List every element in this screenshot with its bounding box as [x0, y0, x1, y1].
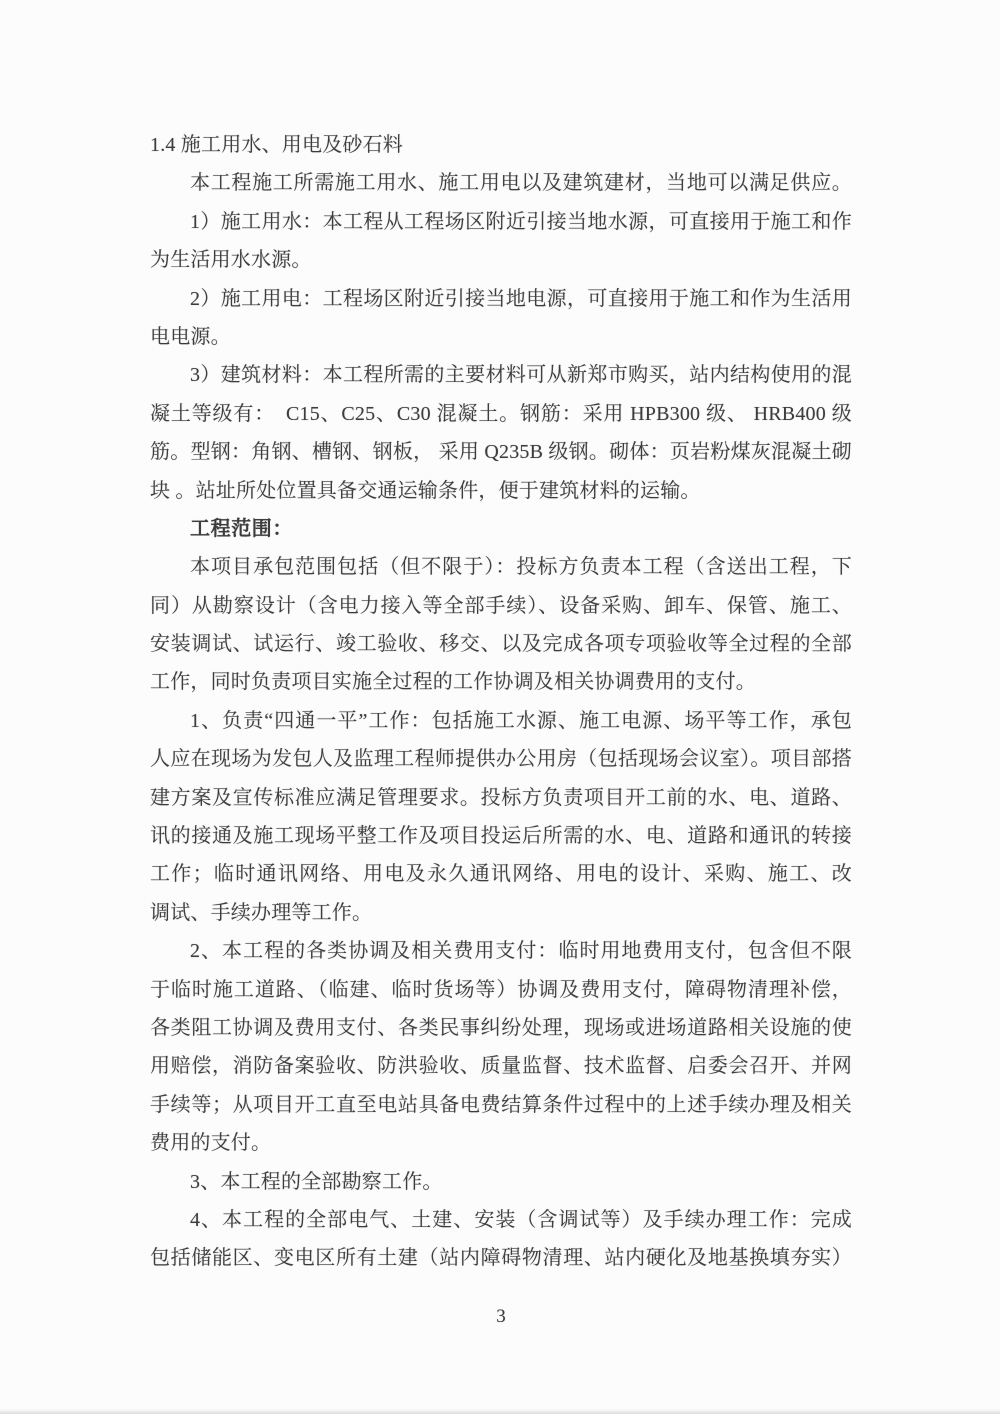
text-line: 电电源。: [150, 318, 852, 356]
text-line: 凝土等级有： C15、C25、C30 混凝土。钢筋：采用 HPB300 级、 H…: [150, 395, 852, 433]
text-line: 2）施工用电：工程场区附近引接当地电源，可直接用于施工和作为生活用: [150, 280, 852, 318]
section-heading: 1.4 施工用水、用电及砂石料: [150, 126, 852, 164]
text-line: 本工程施工所需施工用水、施工用电以及建筑建材，当地可以满足供应。: [150, 164, 852, 202]
text-line: 安装调试、试运行、竣工验收、移交、以及完成各项专项验收等全过程的全部: [150, 625, 852, 663]
text-line: 同）从勘察设计（含电力接入等全部手续）、设备采购、卸车、保管、施工、: [150, 587, 852, 625]
text-line: 3、本工程的全部勘察工作。: [150, 1163, 852, 1201]
text-line: 人应在现场为发包人及监理工程师提供办公用房（包括现场会议室）。项目部搭: [150, 740, 852, 778]
text-line: 4、本工程的全部电气、土建、安装（含调试等）及手续办理工作：完成: [150, 1201, 852, 1239]
text-line: 工作，同时负责项目实施全过程的工作协调及相关协调费用的支付。: [150, 663, 852, 701]
text-line: 本项目承包范围包括（但不限于）：投标方负责本工程（含送出工程，下: [150, 548, 852, 586]
text-line: 包括储能区、变电区所有土建（站内障碍物清理、站内硬化及地基换填夯实）: [150, 1239, 852, 1277]
text-line: 筋。型钢：角钢、槽钢、钢板， 采用 Q235B 级钢。砌体：页岩粉煤灰混凝土砌: [150, 433, 852, 471]
text-line: 调试、手续办理等工作。: [150, 894, 852, 932]
text-line: 用赔偿，消防备案验收、防洪验收、质量监督、技术监督、启委会召开、并网: [150, 1047, 852, 1085]
scope-heading: 工程范围：: [150, 510, 852, 548]
text-line: 讯的接通及施工现场平整工作及项目投运后所需的水、电、道路和通讯的转接入: [150, 817, 852, 855]
text-line: 工作；临时通讯网络、用电及永久通讯网络、用电的设计、采购、施工、改造、: [150, 855, 852, 893]
document-page: 1.4 施工用水、用电及砂石料 本工程施工所需施工用水、施工用电以及建筑建材，当…: [0, 0, 1000, 1414]
text-line: 各类阻工协调及费用支付、各类民事纠纷处理，现场或进场道路相关设施的使: [150, 1009, 852, 1047]
text-line: 为生活用水水源。: [150, 241, 852, 279]
text-line: 费用的支付。: [150, 1124, 852, 1162]
text-line: 1）施工用水：本工程从工程场区附近引接当地水源，可直接用于施工和作: [150, 203, 852, 241]
text-line: 块 。站址所处位置具备交通运输条件，便于建筑材料的运输。: [150, 472, 852, 510]
page-number: 3: [150, 1298, 852, 1336]
text-line: 建方案及宣传标准应满足管理要求。投标方负责项目开工前的水、电、道路、通: [150, 779, 852, 817]
text-line: 手续等；从项目开工直至电站具备电费结算条件过程中的上述手续办理及相关: [150, 1086, 852, 1124]
scan-edge-shadow: [0, 1409, 1000, 1414]
text-line: 3）建筑材料：本工程所需的主要材料可从新郑市购买，站内结构使用的混: [150, 356, 852, 394]
text-line: 2、本工程的各类协调及相关费用支付：临时用地费用支付，包含但不限: [150, 932, 852, 970]
text-line: 1、负责“四通一平”工作：包括施工水源、施工电源、场平等工作，承包: [150, 702, 852, 740]
text-line: 于临时施工道路、（临建、临时货场等）协调及费用支付，障碍物清理补偿，: [150, 971, 852, 1009]
